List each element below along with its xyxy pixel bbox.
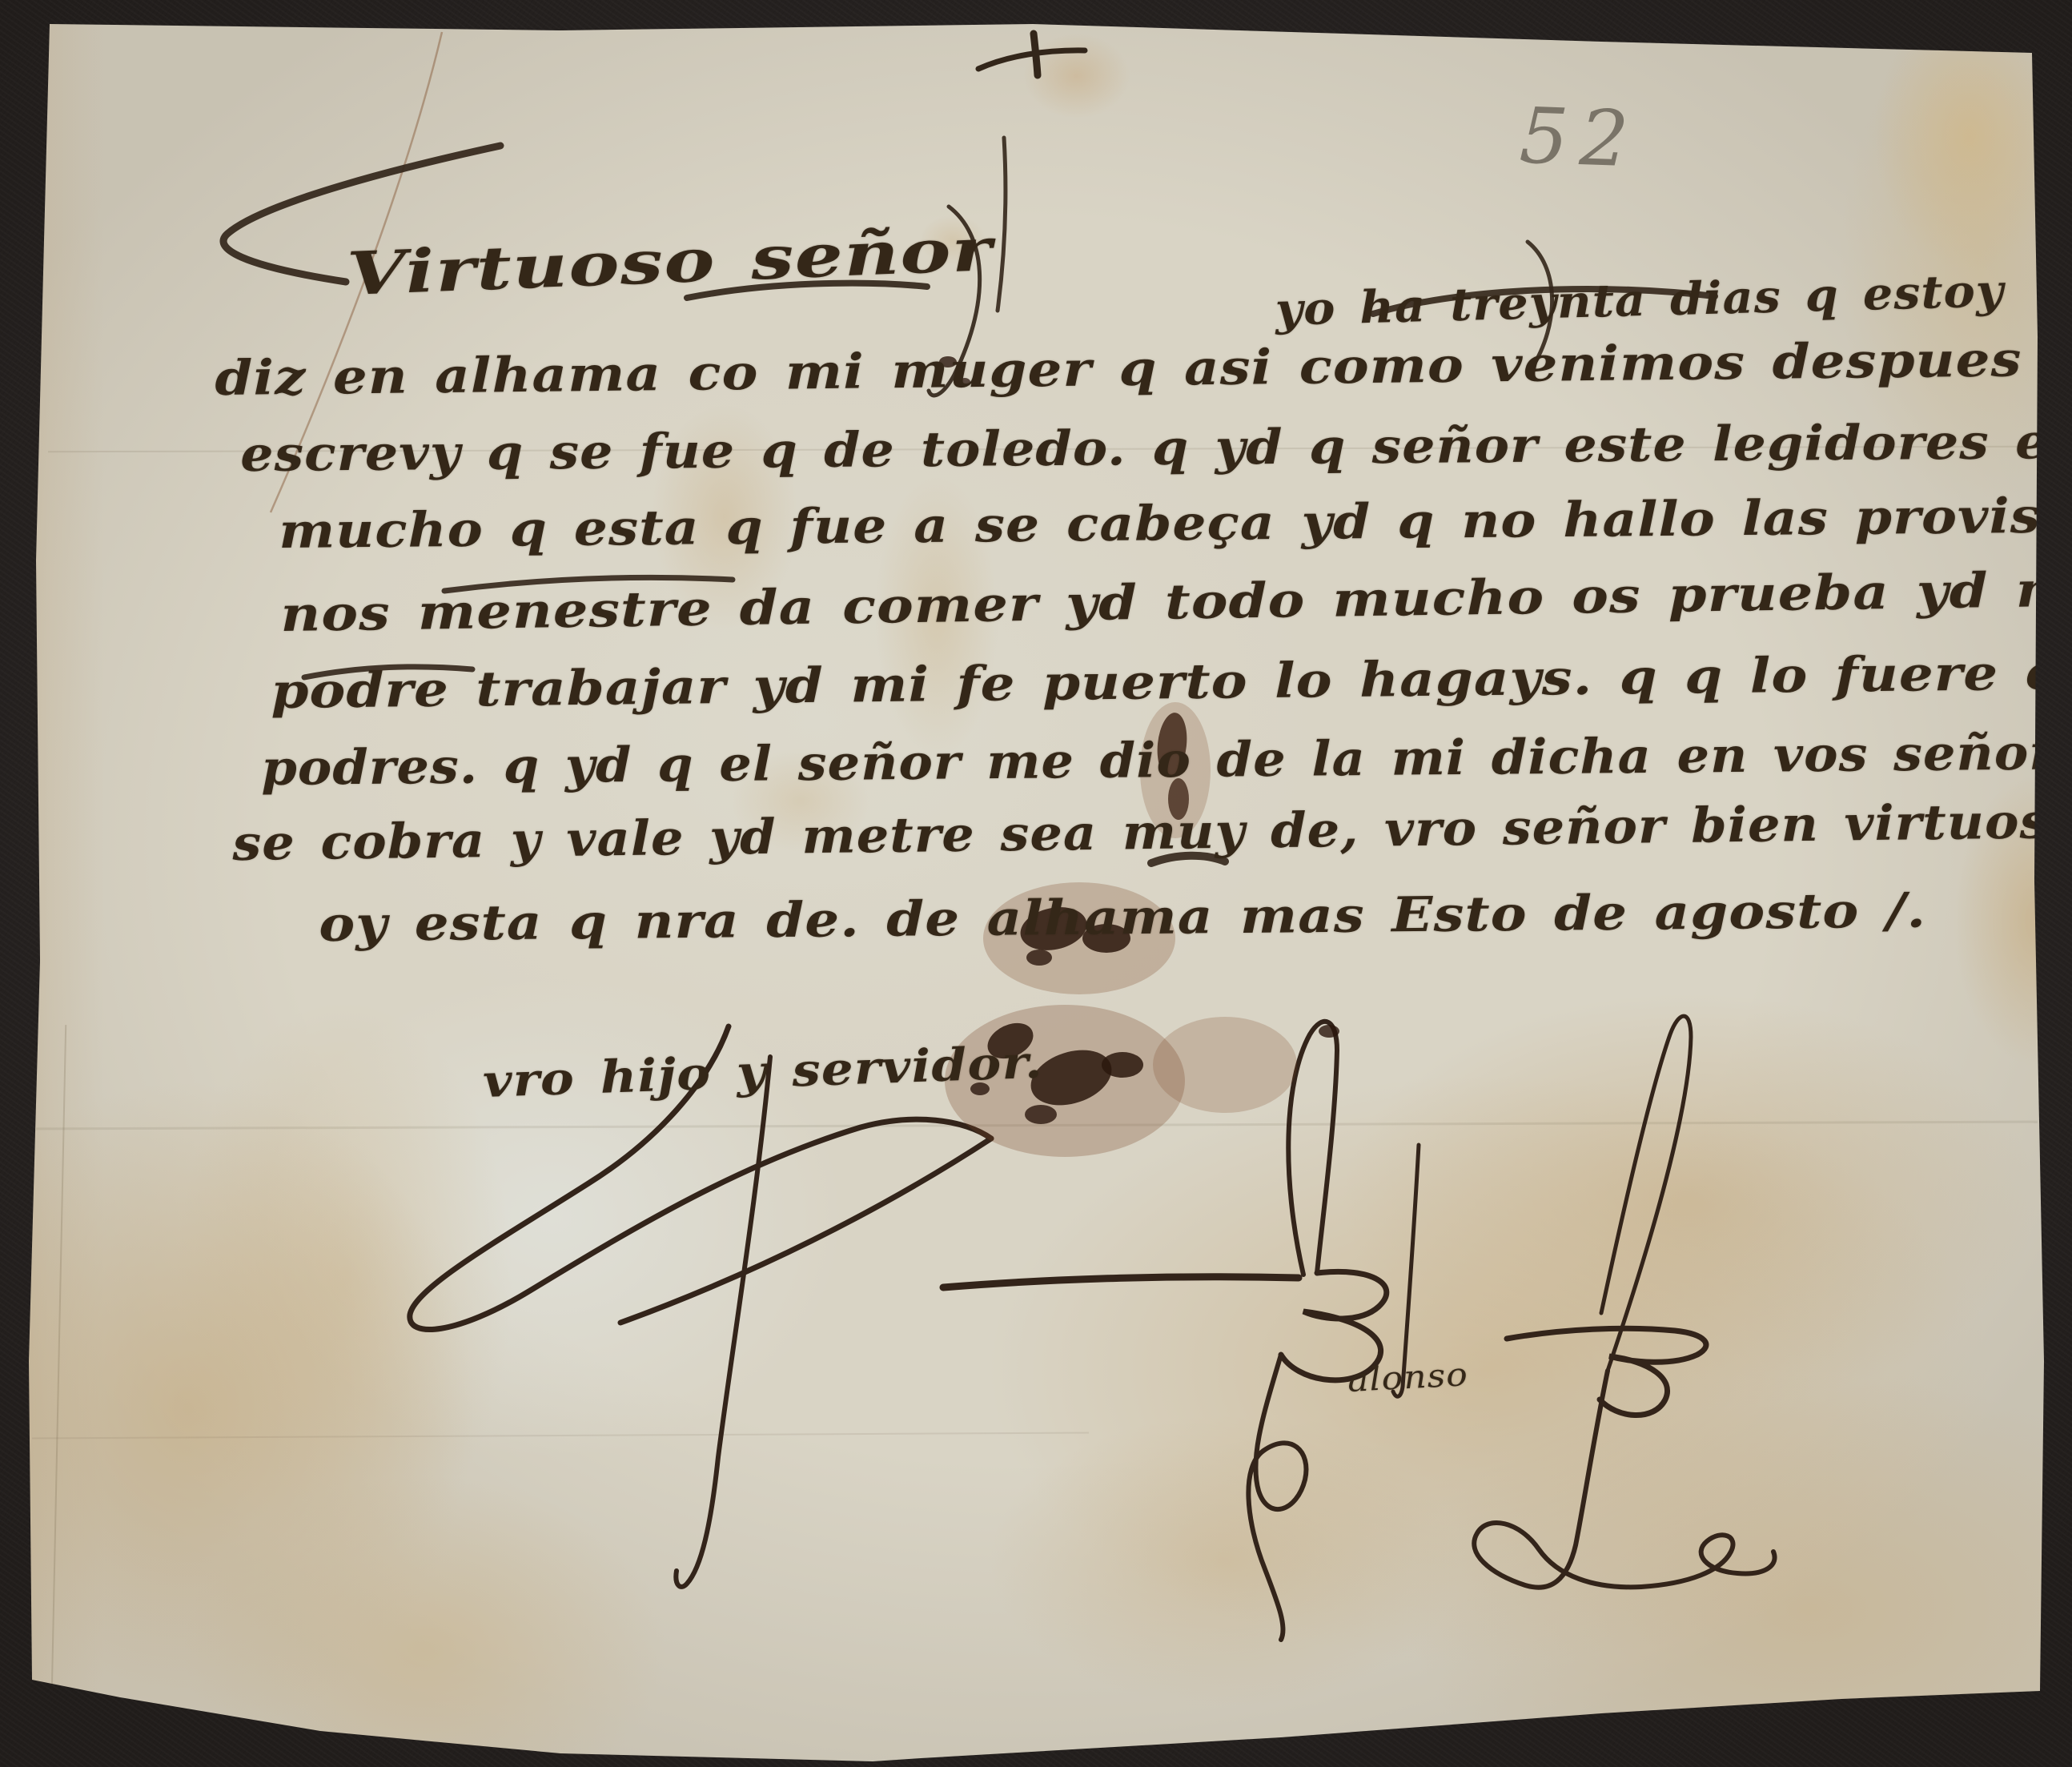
manuscript-sheet: Virtuoso señor yo ha treynta dias q esto…	[0, 0, 2072, 1767]
left-deckle-edge	[50, 1025, 66, 1729]
body-line: oy esta q nra de. de alhama mas Esto de …	[319, 882, 1926, 953]
salutation-line: Virtuoso señor	[346, 215, 994, 309]
signature-rubric	[410, 1026, 991, 1587]
body-line: nos menestre da comer yd todo mucho os p…	[280, 556, 2072, 643]
body-line: podre trabajar yd mi fe puerto lo hagays…	[271, 642, 2072, 720]
rubric-flourish-right	[1474, 1016, 1774, 1588]
body-line: se cobra y vale yd metre sea muy de, vro…	[232, 790, 2072, 872]
rubric-flourish-left	[943, 1022, 1419, 1640]
fold-crease	[36, 1121, 2038, 1130]
body-line: escrevy q se fue q de toledo. q yd q señ…	[240, 412, 2072, 483]
body-line: diz en alhama co mi muger q asi como ven…	[215, 328, 2072, 407]
notary-word: alonso	[1347, 1356, 1469, 1400]
fold-crease	[32, 1432, 1089, 1440]
scan-backdrop: Virtuoso señor yo ha treynta dias q esto…	[0, 0, 2072, 1767]
body-line: mucho q esta q fue a se cabeça yd q no h…	[279, 484, 2072, 560]
opening-line: yo ha treynta dias q estoy	[1275, 264, 2005, 336]
body-line: podres. q yd q el señor me dio de la mi …	[261, 722, 2072, 797]
folio-number-pencil: 52	[1518, 90, 1641, 184]
top-cross-mark-icon	[978, 34, 1085, 75]
signature-line: vro hijo y servidor.	[482, 1036, 1044, 1108]
